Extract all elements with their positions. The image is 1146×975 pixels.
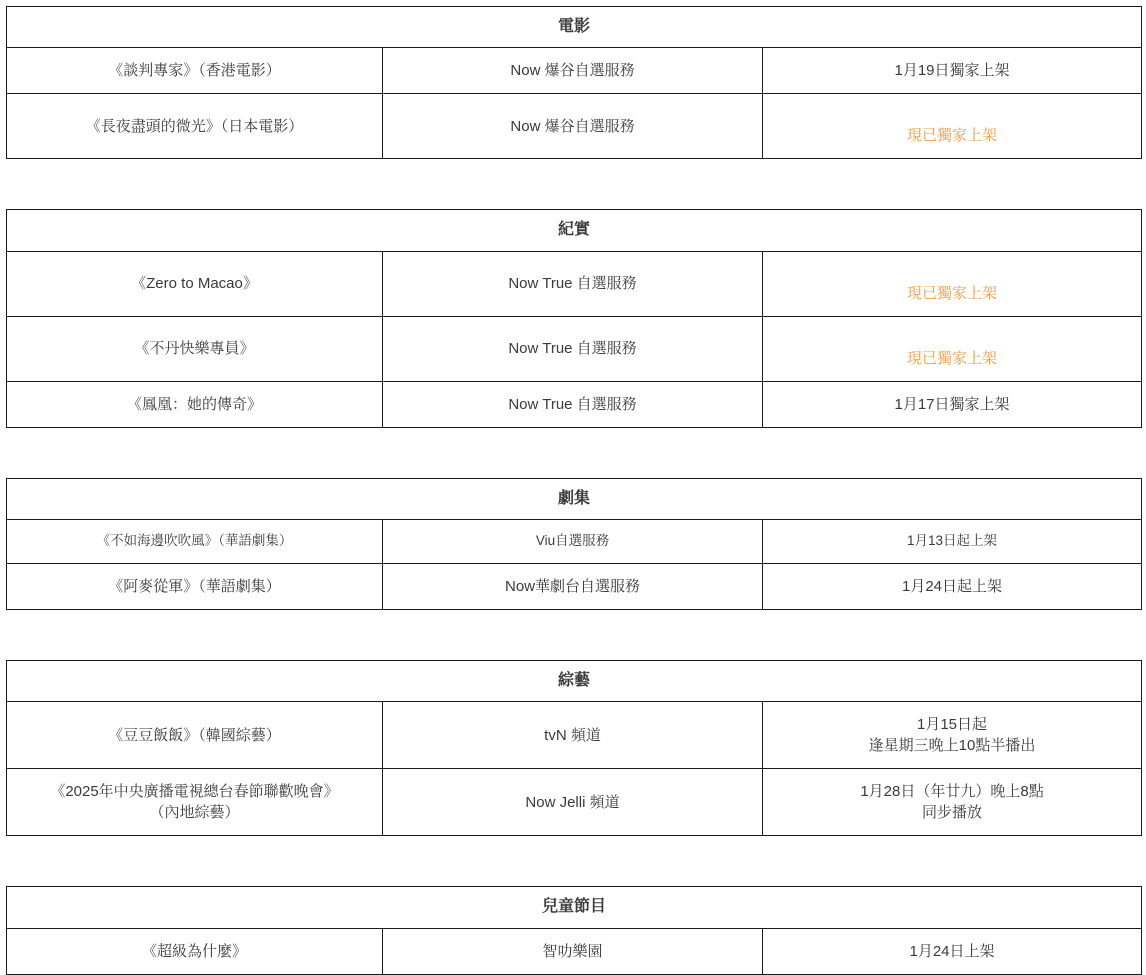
programme-availability-highlighted: 現已獨家上架 <box>763 316 1142 381</box>
category-title: 紀實 <box>7 210 1142 251</box>
programme-title: 《不丹快樂專員》 <box>7 316 383 381</box>
programme-title: 《談判專家》（香港電影） <box>7 48 383 94</box>
category-title: 劇集 <box>7 478 1142 519</box>
programme-service: Viu自選服務 <box>383 520 763 564</box>
programme-row: 《阿麥從軍》（華語劇集） Now華劇台自選服務 1月24日起上架 <box>7 564 1142 610</box>
programme-title: 《不如海邊吹吹風》（華語劇集） <box>7 520 383 564</box>
programme-row: 《談判專家》（香港電影） Now 爆谷自選服務 1月19日獨家上架 <box>7 48 1142 94</box>
programme-availability: 1月15日起 逢星期三晚上10點半播出 <box>763 702 1142 769</box>
category-title: 電影 <box>7 7 1142 48</box>
programme-service: Now華劇台自選服務 <box>383 564 763 610</box>
category-table-documentary: 紀實 《Zero to Macao》 Now True 自選服務 現已獨家上架 … <box>6 209 1142 427</box>
programme-service: Now 爆谷自選服務 <box>383 48 763 94</box>
programme-schedule-page: 電影 《談判專家》（香港電影） Now 爆谷自選服務 1月19日獨家上架 《長夜… <box>0 0 1146 975</box>
programme-availability: 1月17日獨家上架 <box>763 381 1142 427</box>
programme-service: Now True 自選服務 <box>383 381 763 427</box>
programme-row: 《Zero to Macao》 Now True 自選服務 現已獨家上架 <box>7 251 1142 316</box>
programme-service: Now 爆谷自選服務 <box>383 94 763 159</box>
programme-availability: 1月28日（年廿九）晚上8點 同步播放 <box>763 769 1142 836</box>
programme-title: 《豆豆飯飯》（韓國綜藝） <box>7 702 383 769</box>
programme-service: Now Jelli 頻道 <box>383 769 763 836</box>
programme-row: 《豆豆飯飯》（韓國綜藝） tvN 頻道 1月15日起 逢星期三晚上10點半播出 <box>7 702 1142 769</box>
programme-availability: 1月13日起上架 <box>763 520 1142 564</box>
programme-row: 《超級為什麼》 智叻樂園 1月24日上架 <box>7 928 1142 974</box>
programme-availability: 1月24日起上架 <box>763 564 1142 610</box>
programme-row: 《不如海邊吹吹風》（華語劇集） Viu自選服務 1月13日起上架 <box>7 520 1142 564</box>
programme-row: 《不丹快樂專員》 Now True 自選服務 現已獨家上架 <box>7 316 1142 381</box>
programme-availability-highlighted: 現已獨家上架 <box>763 251 1142 316</box>
programme-title: 《長夜盡頭的微光》（日本電影） <box>7 94 383 159</box>
programme-availability: 1月19日獨家上架 <box>763 48 1142 94</box>
category-header-row: 綜藝 <box>7 661 1142 702</box>
programme-title: 《超級為什麼》 <box>7 928 383 974</box>
programme-title: 《2025年中央廣播電視總台春節聯歡晚會》 （內地綜藝） <box>7 769 383 836</box>
category-header-row: 兒童節目 <box>7 887 1142 928</box>
programme-row: 《鳳凰：她的傳奇》 Now True 自選服務 1月17日獨家上架 <box>7 381 1142 427</box>
programme-service: Now True 自選服務 <box>383 251 763 316</box>
programme-title: 《Zero to Macao》 <box>7 251 383 316</box>
programme-availability-highlighted: 現已獨家上架 <box>763 94 1142 159</box>
programme-service: 智叻樂園 <box>383 928 763 974</box>
category-header-row: 劇集 <box>7 478 1142 519</box>
category-header-row: 紀實 <box>7 210 1142 251</box>
category-table-kids: 兒童節目 《超級為什麼》 智叻樂園 1月24日上架 <box>6 886 1142 974</box>
category-title: 兒童節目 <box>7 887 1142 928</box>
programme-title: 《阿麥從軍》（華語劇集） <box>7 564 383 610</box>
programme-service: Now True 自選服務 <box>383 316 763 381</box>
category-title: 綜藝 <box>7 661 1142 702</box>
programme-title: 《鳳凰：她的傳奇》 <box>7 381 383 427</box>
programme-row: 《長夜盡頭的微光》（日本電影） Now 爆谷自選服務 現已獨家上架 <box>7 94 1142 159</box>
programme-availability: 1月24日上架 <box>763 928 1142 974</box>
category-table-variety: 綜藝 《豆豆飯飯》（韓國綜藝） tvN 頻道 1月15日起 逢星期三晚上10點半… <box>6 660 1142 836</box>
category-table-movies: 電影 《談判專家》（香港電影） Now 爆谷自選服務 1月19日獨家上架 《長夜… <box>6 6 1142 159</box>
programme-service: tvN 頻道 <box>383 702 763 769</box>
programme-row: 《2025年中央廣播電視總台春節聯歡晚會》 （內地綜藝） Now Jelli 頻… <box>7 769 1142 836</box>
category-header-row: 電影 <box>7 7 1142 48</box>
category-table-drama: 劇集 《不如海邊吹吹風》（華語劇集） Viu自選服務 1月13日起上架 《阿麥從… <box>6 478 1142 610</box>
